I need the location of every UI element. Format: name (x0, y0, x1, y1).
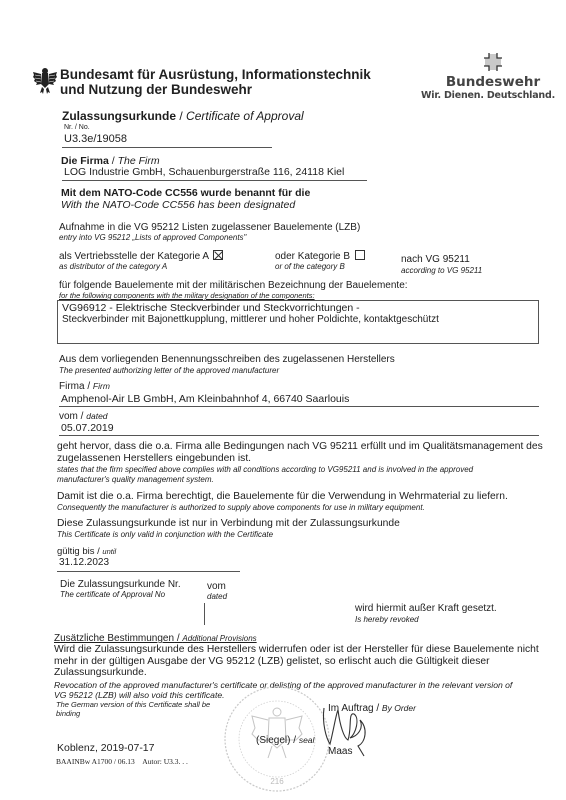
provisions-german: Wird die Zulassungsurkunde des Herstelle… (54, 644, 539, 679)
validity-value: 31.12.2023 (59, 557, 109, 568)
components-label-german: für folgende Bauelemente mit der militär… (59, 280, 408, 291)
binding-note-line2: binding (56, 709, 210, 718)
brand-name: Bundeswehr (420, 74, 566, 90)
validity-label-english: until (102, 547, 116, 556)
agency-name-line1: Bundesamt für Ausrüstung, Informationste… (60, 67, 371, 82)
validity-label: gültig bis / until (57, 546, 116, 557)
category-b-english: or of the category B (275, 262, 345, 271)
authorized-english: Consequently the manufacturer is authori… (57, 503, 425, 512)
validity-label-german: gültig bis (57, 546, 95, 557)
authorized-german: Damit ist die o.a. Firma berechtigt, die… (57, 491, 508, 502)
certificate-number: U3.3e/19058 (64, 133, 127, 145)
title-german: Zulassungsurkunde (62, 109, 176, 123)
firm-value: LOG Industrie GmbH, Schauenburgerstraße … (64, 166, 344, 178)
vg-reference-english: according to VG 95211 (401, 266, 482, 275)
manufacturer-firm-value: Amphenol-Air LB GmbH, Am Kleinbahnhof 4,… (61, 393, 349, 405)
category-a-checkbox[interactable] (213, 250, 223, 260)
signer-name: Maas (328, 746, 352, 757)
manufacturer-firm-label: Firma / Firm (59, 381, 110, 392)
agency-name-line2: und Nutzung der Bundeswehr (60, 82, 371, 97)
form-reference-code: BAAINBw A1700 / 06.13 (56, 757, 135, 766)
seal-label-english: seal (299, 735, 315, 745)
provisions-heading-english: Additional Provisions (182, 634, 256, 643)
revocation-dated-english: dated (207, 592, 227, 601)
form-author: Autor: U3.3. . . (142, 757, 188, 766)
manufacturer-dated-value: 05.07.2019 (61, 422, 114, 434)
by-order-english: By Order (382, 703, 416, 713)
vg-reference-german: nach VG 95211 (401, 254, 470, 265)
form-reference: BAAINBw A1700 / 06.13 Autor: U3.3. . . (56, 757, 188, 766)
manufacturer-intro-german: Aus dem vorliegenden Benennungsschreiben… (59, 354, 395, 365)
provisions-heading-german: Zusätzliche Bestimmungen (54, 633, 174, 644)
provisions-heading: Zusätzliche Bestimmungen / Additional Pr… (54, 633, 257, 644)
divider-number (62, 147, 272, 148)
category-a: als Vertriebsstelle der Kategorie A (59, 250, 223, 262)
divider-manufacturer (59, 406, 539, 407)
complies-english-line1: states that the firm specified above com… (57, 465, 473, 475)
seal-label-german: (Siegel) (256, 735, 290, 746)
seal-number: 216 (270, 777, 284, 786)
nato-code-english: With the NATO-Code CC556 has been design… (61, 199, 295, 211)
complies-german: geht hervor, dass die o.a. Firma alle Be… (57, 441, 543, 464)
provisions-german-line3: Zulassungsurkunde. (54, 667, 539, 679)
category-b-checkbox[interactable] (355, 250, 365, 260)
components-label-english: for the following components with the mi… (59, 291, 315, 300)
binding-note: The German version of this Certificate s… (56, 700, 210, 718)
entry-english: entry into VG 95212 „Lists of approved C… (59, 233, 246, 242)
complies-german-line2: zugelassenen Herstellers eingebunden ist… (57, 453, 543, 465)
nato-code-german: Mit dem NATO-Code CC556 wurde benannt fü… (61, 187, 310, 199)
designation-line2: Steckverbinder mit Bajonettkupplung, mit… (62, 314, 534, 326)
certificate-number-label: Nr. / No. (64, 124, 90, 131)
certificate-title: Zulassungsurkunde / Certificate of Appro… (62, 109, 304, 123)
provisions-german-line1: Wird die Zulassungsurkunde des Herstelle… (54, 644, 539, 656)
components-designation-box: VG96912 - Elektrische Steckverbinder und… (57, 300, 539, 344)
brand-slogan: Wir. Dienen. Deutschland. (410, 90, 566, 101)
manufacturer-firm-label-german: Firma (59, 381, 85, 392)
complies-english-line2: manufacturer's quality management system… (57, 475, 473, 485)
divider-dated (59, 435, 539, 436)
revocation-divider (204, 603, 205, 625)
manufacturer-firm-label-english: Firm (93, 381, 110, 391)
revocation-dated-german: vom (207, 581, 226, 592)
iron-cross-logo-icon (483, 52, 503, 72)
revoked-german: wird hiermit außer Kraft gesetzt. (355, 603, 497, 614)
entry-german: Aufnahme in die VG 95212 Listen zugelass… (59, 222, 360, 233)
seal-label: (Siegel) / seal (256, 735, 314, 746)
category-b-label: oder Kategorie B (275, 251, 350, 262)
provisions-german-line2: mehr in der gültigen Ausgabe der VG 9521… (54, 656, 539, 668)
binding-note-line1: The German version of this Certificate s… (56, 700, 210, 709)
revocation-cert-label-german: Die Zulassungsurkunde Nr. (60, 579, 181, 590)
manufacturer-dated-label: vom / dated (59, 411, 108, 422)
federal-eagle-icon (32, 66, 58, 96)
category-b: oder Kategorie B (275, 250, 365, 262)
valid-conjunction-german: Diese Zulassungsurkunde ist nur in Verbi… (57, 518, 400, 529)
divider-validity (57, 571, 240, 572)
manufacturer-dated-label-english: dated (86, 411, 107, 421)
valid-conjunction-english: This Certificate is only valid in conjun… (57, 530, 273, 539)
agency-name: Bundesamt für Ausrüstung, Informationste… (60, 67, 371, 97)
title-english: Certificate of Approval (186, 109, 304, 123)
divider-firm (62, 180, 367, 181)
category-a-label: als Vertriebsstelle der Kategorie A (59, 251, 209, 262)
manufacturer-intro-english: The presented authorizing letter of the … (59, 366, 279, 375)
complies-german-line1: geht hervor, dass die o.a. Firma alle Be… (57, 441, 543, 453)
category-a-english: as distributor of the category A (59, 262, 167, 271)
manufacturer-dated-label-german: vom (59, 411, 78, 422)
title-separator: / (176, 109, 186, 123)
place-date: Koblenz, 2019-07-17 (57, 742, 155, 754)
designation-line1: VG96912 - Elektrische Steckverbinder und… (62, 302, 534, 314)
complies-english: states that the firm specified above com… (57, 465, 473, 485)
revoked-english: Is hereby revoked (355, 615, 419, 624)
revocation-cert-label-english: The certificate of Approval No (60, 590, 165, 599)
